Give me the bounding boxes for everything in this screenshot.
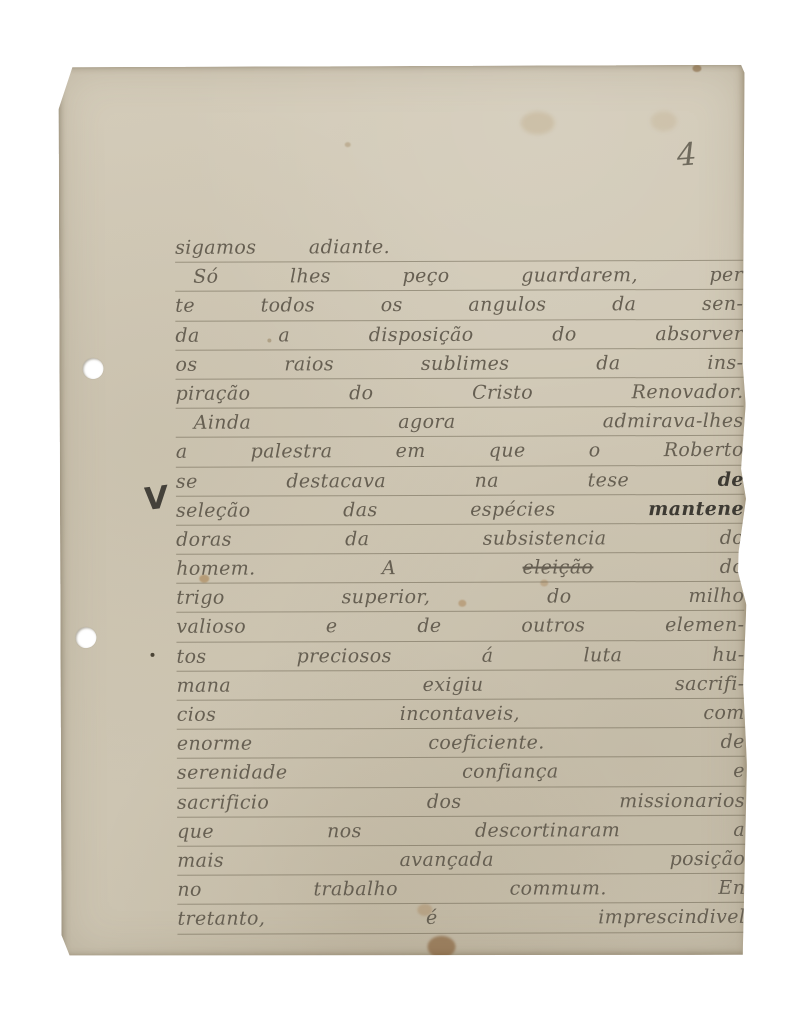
handwriting-block: sigamos adiante. Só lhes peço guardarem,… bbox=[175, 232, 745, 934]
line-text: Ainda agora admirava-lhes bbox=[194, 410, 744, 434]
stain bbox=[651, 111, 677, 131]
hole-punch-top bbox=[82, 358, 103, 379]
stain bbox=[521, 111, 555, 134]
manuscript-line: seleção das espécies mantene bbox=[176, 494, 744, 525]
line-text: tretanto, é imprescindivel bbox=[177, 906, 745, 930]
manuscript-line: se destacava na tese de bbox=[176, 465, 744, 496]
inserted-word-ink: mantene bbox=[648, 497, 744, 519]
speck bbox=[150, 653, 154, 657]
line-text: te todos os angulos da sen- bbox=[175, 293, 743, 317]
line-text: seleção das espécies bbox=[176, 498, 556, 521]
line-text: do bbox=[720, 556, 744, 578]
line-text: cios incontaveis, com bbox=[177, 702, 745, 726]
page-number: 4 bbox=[665, 136, 708, 175]
line-text: tos preciosos á luta hu- bbox=[176, 643, 744, 667]
manuscript-line: sigamos adiante. bbox=[175, 232, 743, 263]
line-text: se destacava na tese bbox=[176, 469, 629, 493]
line-text: enorme coeficiente. de bbox=[177, 731, 745, 755]
line-text: os raios sublimes da ins- bbox=[175, 352, 743, 376]
manuscript-line: no trabalho commum. En bbox=[177, 874, 745, 905]
line-text: serenidade confiança e bbox=[177, 760, 745, 784]
manuscript-line: serenidade confiança e bbox=[177, 757, 745, 788]
manuscript-line: cios incontaveis, com bbox=[177, 699, 745, 730]
manuscript-line: Só lhes peço guardarem, per bbox=[175, 261, 743, 292]
manuscript-line: que nos descortinaram a bbox=[177, 816, 745, 847]
line-text: doras da subsistencia do bbox=[176, 527, 744, 551]
line-text: sigamos adiante. bbox=[175, 236, 390, 259]
manuscript-paper: 4 V sigamos adiante. Só lhes peço guarda… bbox=[58, 65, 747, 957]
manuscript-line: trigo superior, do milho bbox=[176, 582, 744, 613]
line-text: mana exigiu sacrifi- bbox=[177, 673, 745, 697]
line-text: Só lhes peço guardarem, per bbox=[193, 264, 743, 288]
speck bbox=[345, 142, 351, 147]
manuscript-line: da a disposição do absorver bbox=[175, 319, 743, 350]
line-text: homem. A bbox=[176, 557, 396, 580]
stain bbox=[427, 936, 455, 958]
manuscript-line: enorme coeficiente. de bbox=[177, 728, 745, 759]
line-text: piração do Cristo Renovador. bbox=[176, 381, 744, 405]
manuscript-line: mana exigiu sacrifi- bbox=[177, 670, 745, 701]
manuscript-line: os raios sublimes da ins- bbox=[175, 349, 743, 380]
line-text: da a disposição do absorver bbox=[175, 322, 743, 346]
manuscript-line: piração do Cristo Renovador. bbox=[176, 378, 744, 409]
line-text: valioso e de outros elemen- bbox=[176, 614, 744, 638]
scan-backdrop: 4 V sigamos adiante. Só lhes peço guarda… bbox=[0, 0, 808, 1024]
stain bbox=[692, 65, 701, 72]
line-text: que nos descortinaram a bbox=[177, 819, 745, 843]
line-text: a palestra em que o Roberto bbox=[176, 439, 744, 463]
hole-punch-bottom bbox=[75, 627, 96, 648]
line-text: sacrificio dos missionarios bbox=[177, 789, 745, 813]
manuscript-line: sacrificio dos missionarios bbox=[177, 786, 745, 817]
manuscript-line: Ainda agora admirava-lhes bbox=[176, 407, 744, 438]
manuscript-line: doras da subsistencia do bbox=[176, 524, 744, 555]
line-text: no trabalho commum. En bbox=[177, 877, 745, 901]
manuscript-line: a palestra em que o Roberto bbox=[176, 436, 744, 467]
manuscript-line: homem. A eleição do bbox=[176, 553, 744, 584]
manuscript-line: tretanto, é imprescindivel bbox=[177, 903, 745, 934]
overwritten-word: de bbox=[718, 468, 744, 490]
line-text: mais avançada posição bbox=[177, 848, 745, 872]
manuscript-line: tos preciosos á luta hu- bbox=[176, 640, 744, 671]
struck-word: eleição bbox=[522, 556, 593, 578]
manuscript-line: mais avançada posição bbox=[177, 845, 745, 876]
manuscript-line: valioso e de outros elemen- bbox=[176, 611, 744, 642]
manuscript-line: te todos os angulos da sen- bbox=[175, 290, 743, 321]
line-text: trigo superior, do milho bbox=[176, 585, 744, 609]
margin-checkmark: V bbox=[144, 479, 169, 518]
